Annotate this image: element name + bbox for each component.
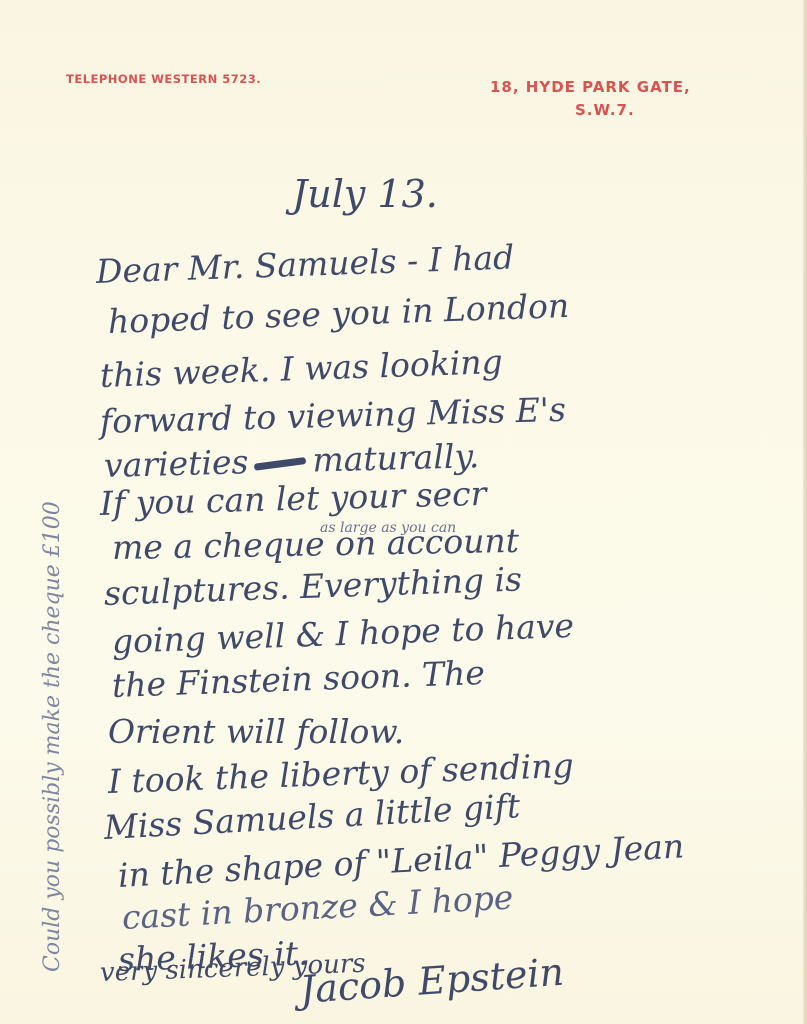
strikethrough-mark xyxy=(254,457,306,471)
letter-line: Orient will follow. xyxy=(108,712,404,751)
margin-note: Could you possibly make the cheque £100 xyxy=(40,501,65,972)
letter-word: maturally. xyxy=(312,436,480,479)
letterhead-address-line1: 18, HYDE PARK GATE, xyxy=(490,78,691,96)
letter-word: varieties xyxy=(103,442,248,485)
letter-line: me a cheque on account xyxy=(112,521,520,567)
paper-edge xyxy=(803,0,807,1024)
letterhead-telephone: TELEPHONE WESTERN 5723. xyxy=(66,72,261,86)
letter-date: July 13. xyxy=(292,172,438,216)
letterhead-address-line2: S.W.7. xyxy=(575,101,635,119)
